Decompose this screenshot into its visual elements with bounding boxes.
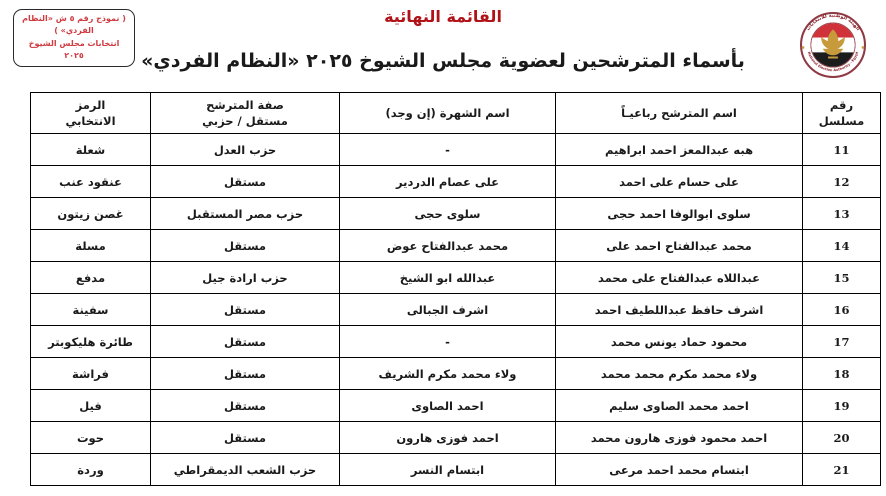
header-electoral-symbol: الرمز الانتخابي xyxy=(31,93,151,134)
cell-famous-name: - xyxy=(340,134,556,166)
page-title-red: القائمة النهائية xyxy=(0,7,886,26)
header-serial-number: رقم مسلسل xyxy=(803,93,881,134)
cell-electoral-symbol: فيل xyxy=(31,390,151,422)
candidates-table: رقم مسلسل اسم المترشح رباعيـاً اسم الشهر… xyxy=(30,92,881,486)
cell-serial-number: 21 xyxy=(803,454,881,486)
table-row: 21 ابتسام محمد احمد مرعى ابتسام النسر حز… xyxy=(31,454,881,486)
cell-candidate-capacity: حزب الشعب الديمقراطي xyxy=(151,454,340,486)
cell-electoral-symbol: طائرة هليكوبتر xyxy=(31,326,151,358)
cell-candidate-name: على حسام على احمد xyxy=(556,166,803,198)
table-row: 18 ولاء محمد مكرم محمد محمد ولاء محمد مك… xyxy=(31,358,881,390)
cell-electoral-symbol: حوت xyxy=(31,422,151,454)
cell-serial-number: 15 xyxy=(803,262,881,294)
table-row: 20 احمد محمود فوزى هارون محمد احمد فوزى … xyxy=(31,422,881,454)
cell-candidate-name: عبداللاه عبدالفتاح على محمد xyxy=(556,262,803,294)
header-famous-name: اسم الشهرة (إن وجد) xyxy=(340,93,556,134)
cell-candidate-capacity: حزب العدل xyxy=(151,134,340,166)
cell-candidate-capacity: حزب مصر المستقبل xyxy=(151,198,340,230)
cell-famous-name: سلوى حجى xyxy=(340,198,556,230)
cell-candidate-name: محمد عبدالفتاح احمد على xyxy=(556,230,803,262)
table-row: 17 محمود حماد يونس محمد - مستقل طائرة هل… xyxy=(31,326,881,358)
cell-candidate-capacity: حزب ارادة جيل xyxy=(151,262,340,294)
table-row: 15 عبداللاه عبدالفتاح على محمد عبدالله ا… xyxy=(31,262,881,294)
table-header-row: رقم مسلسل اسم المترشح رباعيـاً اسم الشهر… xyxy=(31,93,881,134)
cell-serial-number: 13 xyxy=(803,198,881,230)
table-row: 11 هبه عبدالمعز احمد ابراهيم - حزب العدل… xyxy=(31,134,881,166)
national-election-authority-seal-icon: الهيئة الوطنية للانتخابات National Elect… xyxy=(792,4,874,86)
cell-candidate-name: احمد محمود فوزى هارون محمد xyxy=(556,422,803,454)
table-row: 14 محمد عبدالفتاح احمد على محمد عبدالفتا… xyxy=(31,230,881,262)
cell-serial-number: 12 xyxy=(803,166,881,198)
cell-serial-number: 14 xyxy=(803,230,881,262)
table-row: 13 سلوى ابوالوفا احمد حجى سلوى حجى حزب م… xyxy=(31,198,881,230)
cell-famous-name: - xyxy=(340,326,556,358)
cell-candidate-name: محمود حماد يونس محمد xyxy=(556,326,803,358)
cell-candidate-name: هبه عبدالمعز احمد ابراهيم xyxy=(556,134,803,166)
cell-electoral-symbol: فراشة xyxy=(31,358,151,390)
cell-candidate-name: سلوى ابوالوفا احمد حجى xyxy=(556,198,803,230)
cell-famous-name: على عصام الدردير xyxy=(340,166,556,198)
cell-famous-name: ابتسام النسر xyxy=(340,454,556,486)
cell-candidate-capacity: مستقل xyxy=(151,358,340,390)
cell-electoral-symbol: مسلة xyxy=(31,230,151,262)
cell-serial-number: 20 xyxy=(803,422,881,454)
cell-famous-name: احمد فوزى هارون xyxy=(340,422,556,454)
cell-candidate-name: ابتسام محمد احمد مرعى xyxy=(556,454,803,486)
cell-famous-name: احمد الصاوى xyxy=(340,390,556,422)
cell-serial-number: 16 xyxy=(803,294,881,326)
cell-candidate-capacity: مستقل xyxy=(151,230,340,262)
cell-candidate-capacity: مستقل xyxy=(151,422,340,454)
cell-famous-name: عبدالله ابو الشيخ xyxy=(340,262,556,294)
cell-candidate-capacity: مستقل xyxy=(151,166,340,198)
cell-electoral-symbol: سفينة xyxy=(31,294,151,326)
cell-candidate-capacity: مستقل xyxy=(151,390,340,422)
cell-serial-number: 19 xyxy=(803,390,881,422)
cell-electoral-symbol: عنقود عنب xyxy=(31,166,151,198)
table-row: 16 اشرف حافظ عبداللطيف احمد اشرف الجبالى… xyxy=(31,294,881,326)
cell-electoral-symbol: شعلة xyxy=(31,134,151,166)
cell-famous-name: محمد عبدالفتاح عوض xyxy=(340,230,556,262)
cell-famous-name: ولاء محمد مكرم الشريف xyxy=(340,358,556,390)
cell-candidate-name: اشرف حافظ عبداللطيف احمد xyxy=(556,294,803,326)
header-candidate-name: اسم المترشح رباعيـاً xyxy=(556,93,803,134)
cell-serial-number: 11 xyxy=(803,134,881,166)
cell-electoral-symbol: مدفع xyxy=(31,262,151,294)
cell-serial-number: 17 xyxy=(803,326,881,358)
cell-candidate-name: احمد محمد الصاوى سليم xyxy=(556,390,803,422)
cell-candidate-name: ولاء محمد مكرم محمد محمد xyxy=(556,358,803,390)
cell-electoral-symbol: وردة xyxy=(31,454,151,486)
table-row: 19 احمد محمد الصاوى سليم احمد الصاوى مست… xyxy=(31,390,881,422)
cell-famous-name: اشرف الجبالى xyxy=(340,294,556,326)
table-row: 12 على حسام على احمد على عصام الدردير مس… xyxy=(31,166,881,198)
cell-serial-number: 18 xyxy=(803,358,881,390)
header-candidate-capacity: صفة المترشح مستقل / حزبي xyxy=(151,93,340,134)
cell-electoral-symbol: غصن زيتون xyxy=(31,198,151,230)
page-title-main: بأسماء المترشحين لعضوية مجلس الشيوخ ٢٠٢٥… xyxy=(0,50,886,72)
cell-candidate-capacity: مستقل xyxy=(151,294,340,326)
cell-candidate-capacity: مستقل xyxy=(151,326,340,358)
